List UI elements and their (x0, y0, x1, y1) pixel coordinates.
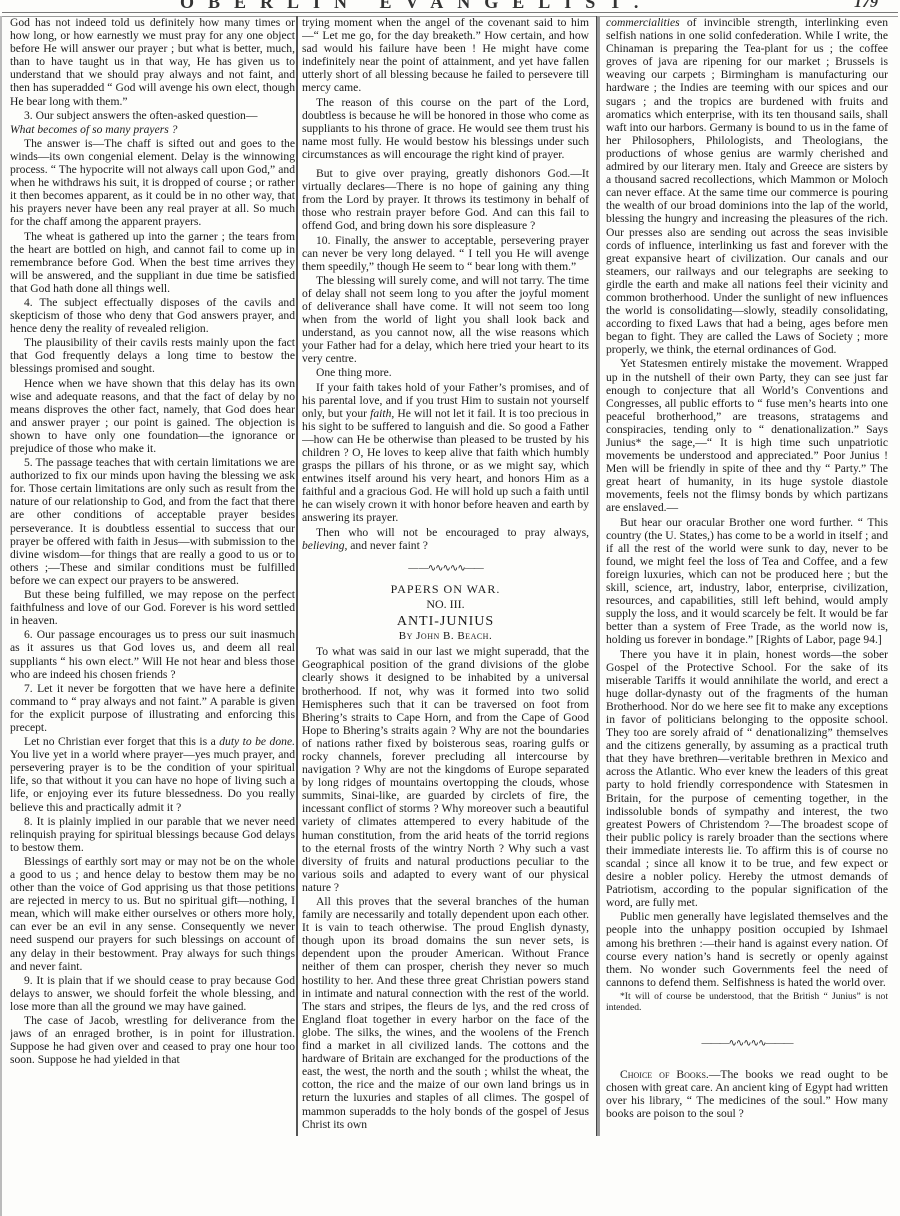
section-ornament: ———∿∿∿∿∿——— (606, 1037, 888, 1050)
paragraph: If your faith takes hold of your Father’… (302, 381, 589, 525)
paragraph: The wheat is gathered up into the garner… (10, 230, 295, 295)
paragraph: The reason of this course on the part of… (302, 96, 589, 161)
column-1: God has not indeed told us definitely ho… (10, 16, 295, 1216)
paragraph: Blessings of earthly sort may or may not… (10, 855, 295, 973)
paragraph: There you have it in plain, honest words… (606, 648, 888, 910)
paragraph: But these being fulfilled, we may repose… (10, 588, 295, 627)
paragraph: God has not indeed told us definitely ho… (10, 16, 295, 108)
paragraph: Public men generally have legislated the… (606, 910, 888, 989)
paragraph: 6. Our passage encourages us to press ou… (10, 628, 295, 680)
paragraph: 3. Our subject answers the often-asked q… (10, 109, 295, 122)
article-title: ANTI-JUNIUS (302, 615, 589, 628)
paragraph: The plausibility of their cavils rests m… (10, 336, 295, 375)
page-number: 179 (854, 0, 878, 12)
paragraph: Hence when we have shown that this delay… (10, 377, 295, 456)
paragraph: 9. It is plain that if we should cease t… (10, 974, 295, 1013)
paragraph: 7. Let it never be forgotten that we hav… (10, 682, 295, 734)
paragraph-choice-of-books: Choice of Books.—The books we read ought… (606, 1068, 888, 1120)
paragraph: To what was said in our last we might su… (302, 645, 589, 894)
paragraph: Yet Statesmen entirely mistake the movem… (606, 357, 888, 514)
masthead: OBERLIN EVANGELIST. 179 (0, 0, 900, 14)
question-italic: What becomes of so many prayers ? (10, 123, 295, 136)
paragraph: One thing more. (302, 366, 589, 379)
paragraph: The case of Jacob, wrestling for deliver… (10, 1014, 295, 1066)
paragraph: Let no Christian ever forget that this i… (10, 735, 295, 814)
paragraph: 10. Finally, the answer to acceptable, p… (302, 234, 589, 273)
paragraph: 8. It is plainly implied in our parable … (10, 815, 295, 854)
paragraph: commercialities of invincible strength, … (606, 16, 888, 356)
paragraph: The answer is—The chaff is sifted out an… (10, 137, 295, 229)
paragraph: 5. The passage teaches that with certain… (10, 456, 295, 587)
paragraph: But hear our oracular Brother one word f… (606, 516, 888, 647)
paragraph: trying moment when the angel of the cove… (302, 16, 589, 95)
column-2: trying moment when the angel of the cove… (302, 16, 589, 1216)
paragraph: All this proves that the several branche… (302, 895, 589, 1131)
article-columns: God has not indeed told us definitely ho… (0, 16, 900, 1216)
series-heading: PAPERS ON WAR. (302, 583, 589, 596)
paragraph: But to give over praying, greatly dishon… (302, 167, 589, 232)
choice-of-books-label: Choice of Books. (620, 1068, 709, 1081)
series-number: NO. III. (302, 598, 589, 611)
paragraph: Then who will not be encouraged to pray … (302, 526, 589, 552)
paragraph: The blessing will surely come, and will … (302, 274, 589, 366)
paragraph: 4. The subject effectually disposes of t… (10, 296, 295, 335)
footnote: *It will of course be understood, that t… (606, 991, 888, 1013)
byline: By John B. Beach. (302, 630, 589, 643)
section-ornament: — —∿∿∿∿∿—— (302, 562, 589, 575)
column-3: commercialities of invincible strength, … (606, 16, 888, 1216)
